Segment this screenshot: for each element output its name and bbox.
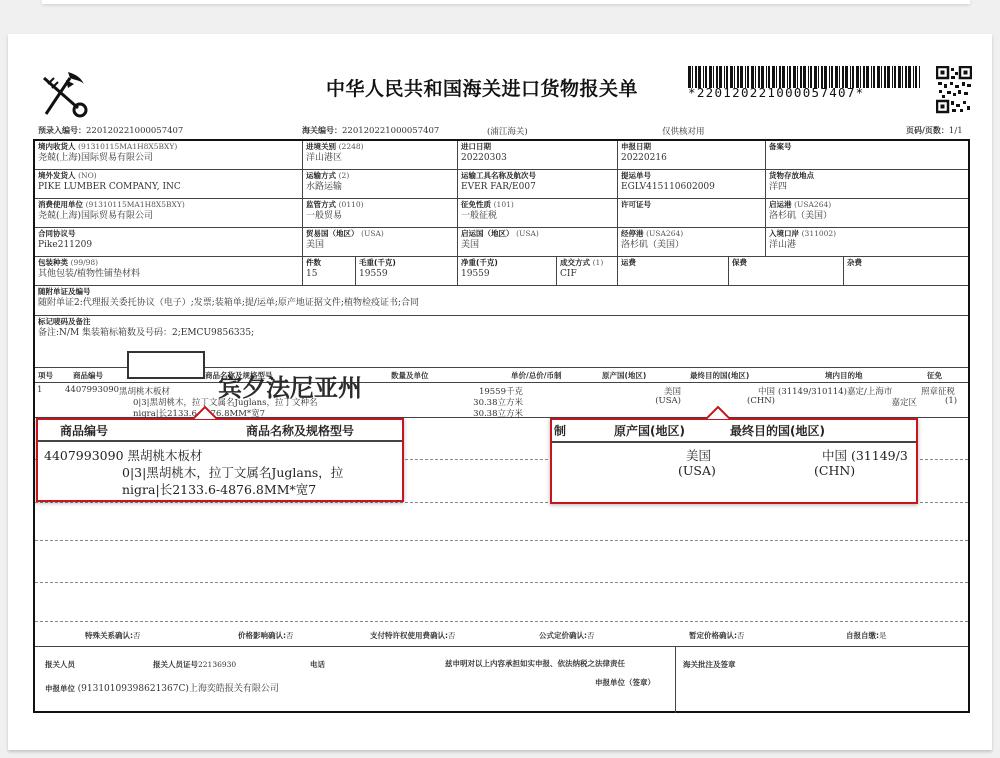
pieces-cell: 件数 15: [303, 257, 356, 286]
vessel-cell: 运输工具名称及航次号 EVER FAR/E007: [458, 170, 618, 199]
customs-office: (浦江海关): [487, 125, 528, 137]
zoom-callout-countries: 制 原产国(地区) 最终目的国(地区) 美国 (USA) 中国 (31149/3…: [550, 418, 918, 504]
origin-country-cell: 启运国（地区） (USA) 美国: [458, 228, 618, 257]
misc-fee-cell: 杂费: [844, 257, 968, 286]
transit-port-cell: 经停港 (USA264) 洛杉矶（美国）: [618, 228, 766, 257]
declarant-label: 报关人员: [45, 659, 75, 670]
row-divider: [35, 540, 968, 541]
customs-remark-label: 海关批注及签章: [683, 659, 736, 670]
table-header-divider: [35, 382, 968, 383]
page-count: 页码/页数：1/1: [906, 125, 963, 136]
supervision-cell: 监管方式 (0110) 一般贸易: [303, 199, 458, 228]
footer-column-divider: [675, 646, 676, 713]
freight-cell: 运费: [618, 257, 729, 286]
trade-country-cell: 贸易国（地区） (USA) 美国: [303, 228, 458, 257]
import-date-cell: 进口日期 20220303: [458, 141, 618, 170]
record-no-cell: 备案号: [766, 141, 968, 170]
customs-emblem-icon: [40, 70, 92, 120]
consignor-cell: 境外发货人 (NO) PIKE LUMBER COMPANY, INC: [35, 170, 303, 199]
storage-cell: 货物存放地点 洋四: [766, 170, 968, 199]
callout-pointer-icon: [192, 405, 218, 420]
col-hs-code: 商品编号: [73, 370, 103, 381]
barcode-number: *220120221000057407*: [688, 85, 920, 100]
unit-seal-label: 申报单位（签章）: [595, 677, 655, 688]
levy-nature-cell: 征免性质 (101) 一般征税: [458, 199, 618, 228]
callout-pointer-icon: [705, 405, 731, 420]
footer-divider: [35, 646, 968, 647]
consumer-cell: 消费使用单位 (91310115MA1H8X5BXY) 尧兢(上海)国际贸易有限…: [35, 199, 303, 228]
top-page-edge: [42, 0, 970, 4]
pre-entry-number: 预录入编号：220120221000057407: [38, 125, 183, 136]
gross-weight-cell: 毛重(千克) 19559: [356, 257, 458, 286]
departure-port-cell: 启运港 (USA264) 洛杉矶（美国）: [766, 199, 968, 228]
col-origin: 原产国(地区): [602, 370, 646, 381]
contract-cell: 合同协议号 Pike211209: [35, 228, 303, 257]
declarant-cert: 报关人员证号22136930: [153, 659, 236, 670]
package-cell: 包装种类 (99/98) 其他包装/植物性铺垫材料: [35, 257, 303, 286]
col-item: 项号: [38, 370, 53, 381]
document-title: 中华人民共和国海关进口货物报关单: [326, 74, 638, 101]
phone-label: 电话: [310, 659, 325, 670]
entry-port-cell: 入境口岸 (311002) 洋山港: [766, 228, 968, 257]
zoom-callout-product: 商品编号 商品名称及规格型号 4407993090 黑胡桃木板材 0|3|黑胡桃…: [36, 418, 404, 502]
declaring-unit: 申报单位 (91310109398621367C)上海奕皓报关有限公司: [45, 681, 279, 694]
customs-number: 海关编号：220120221000057407: [302, 125, 439, 136]
entry-customs-cell: 进境关别 (2248) 洋山港区: [303, 141, 458, 170]
col-quantity: 数量及单位: [391, 370, 429, 381]
declare-date-cell: 申报日期 20220216: [618, 141, 766, 170]
row-divider: [35, 582, 968, 583]
highlight-annotation-text: 宾夕法尼亚州: [218, 368, 362, 403]
consignee-cell: 境内收货人 (91310115MA1H8X5BXY) 尧兢(上海)国际贸易有限公…: [35, 141, 303, 170]
col-destination: 最终目的国(地区): [690, 370, 749, 381]
license-cell: 许可证号: [618, 199, 766, 228]
transport-mode-cell: 运输方式 (2) 水路运输: [303, 170, 458, 199]
legal-statement: 兹申明对以上内容承担如实申报、依法纳税之法律责任: [445, 658, 625, 669]
qr-code-icon: [936, 66, 972, 114]
deal-mode-cell: 成交方式 (1) CIF: [557, 257, 618, 286]
verification-note: 仅供核对用: [662, 125, 705, 137]
col-levy: 征免: [927, 370, 942, 381]
col-domestic-dest: 境内目的地: [825, 370, 863, 381]
blank-annotation-box: [127, 351, 205, 379]
col-price: 单价/总价/币制: [511, 370, 561, 381]
bill-no-cell: 提运单号 EGLV415110602009: [618, 170, 766, 199]
net-weight-cell: 净重(千克) 19559: [458, 257, 557, 286]
insurance-cell: 保费: [729, 257, 844, 286]
attached-docs-cell: 随附单证及编号 随附单证2:代理报关委托协议（电子）;发票;装箱单;提/运单;原…: [35, 286, 968, 316]
row-divider: [35, 621, 968, 622]
